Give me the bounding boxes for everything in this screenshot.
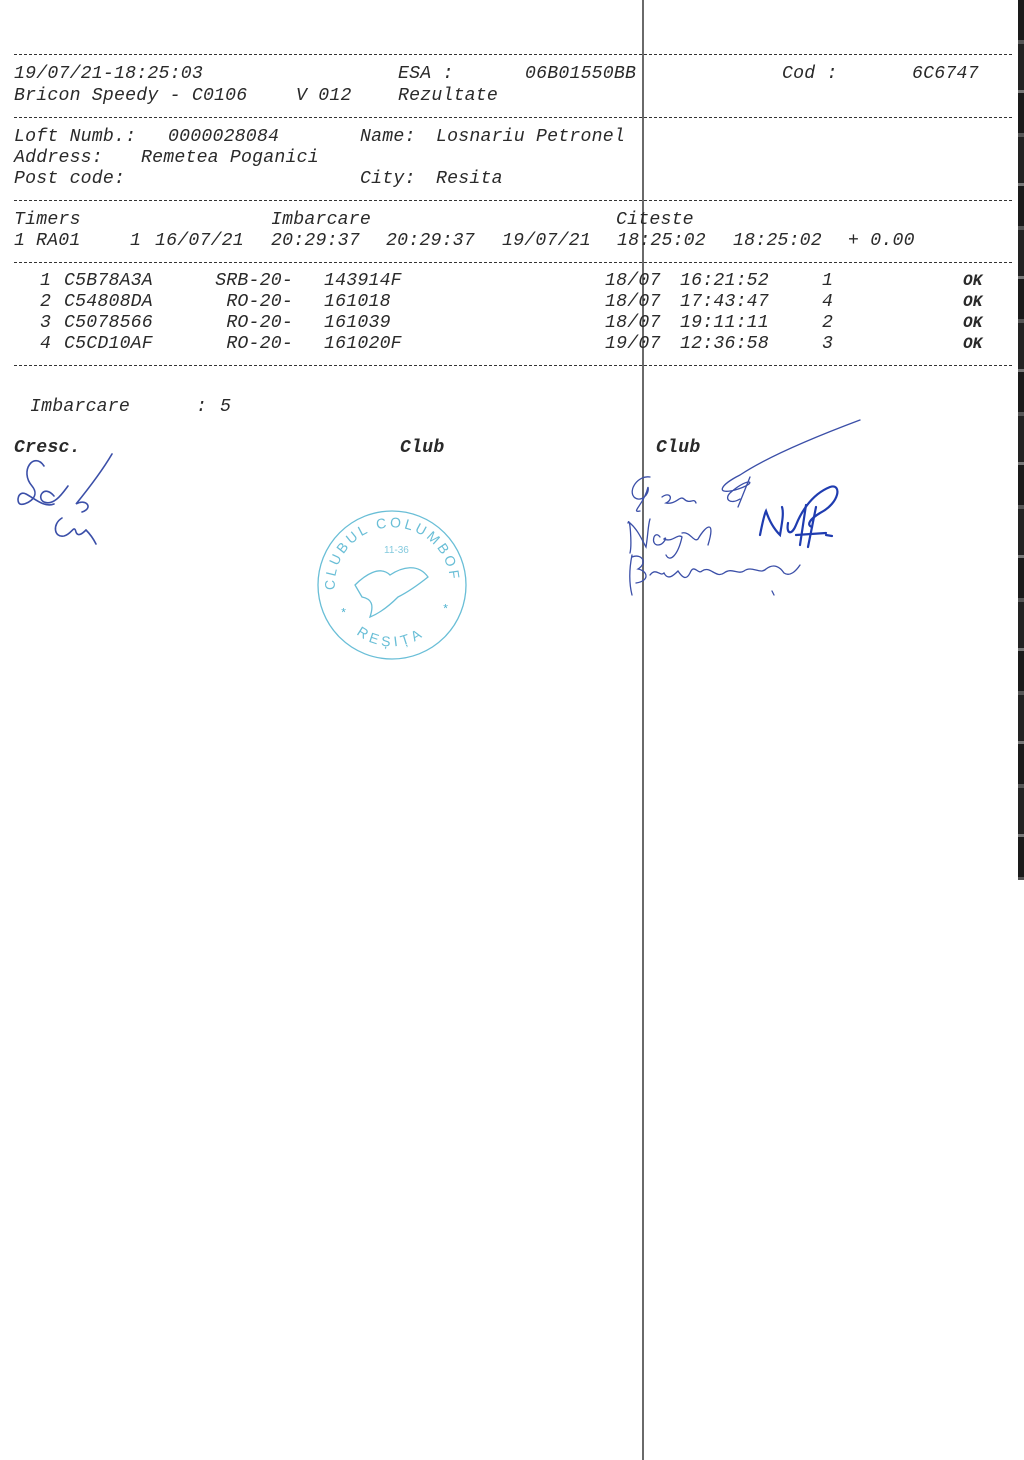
separator xyxy=(14,200,1012,201)
result-index: 1 xyxy=(40,271,51,292)
result-arrival-date: 19/07 xyxy=(605,334,661,355)
result-rank: 1 xyxy=(822,271,833,292)
loft-number: 0000028084 xyxy=(168,127,279,148)
result-arrival-time: 19:11:11 xyxy=(680,313,769,334)
result-status: OK xyxy=(963,334,983,355)
club-signatures xyxy=(620,415,870,605)
club-signature-label-1: Club xyxy=(400,438,444,459)
result-status: OK xyxy=(963,292,983,313)
citeste-header: Citeste xyxy=(616,210,694,231)
name-label: Name: xyxy=(360,127,416,148)
timer-index: 1 xyxy=(14,231,25,252)
result-arrival-date: 18/07 xyxy=(605,313,661,334)
result-chip-id: C5078566 xyxy=(64,313,153,334)
club-stamp: CLUBUL COLUMBOFIL 11-36 REȘIȚA * * xyxy=(310,505,470,665)
clock-offset: + 0.00 xyxy=(848,231,915,252)
timer-count: 1 xyxy=(130,231,141,252)
result-ring-prefix: SRB-20- xyxy=(215,271,293,292)
result-ring-number: 161018 xyxy=(324,292,391,313)
imbarcare-summary-sep: : xyxy=(196,397,207,418)
result-chip-id: C54808DA xyxy=(64,292,153,313)
result-index: 2 xyxy=(40,292,51,313)
imbarcare-time-2: 20:29:37 xyxy=(386,231,475,252)
address-value: Remetea Poganici xyxy=(141,148,319,169)
postcode-label: Post code: xyxy=(14,169,125,190)
result-chip-id: C5B78A3A xyxy=(64,271,153,292)
result-rank: 3 xyxy=(822,334,833,355)
separator xyxy=(14,365,1012,366)
svg-text:REȘIȚA: REȘIȚA xyxy=(354,623,427,650)
result-rank: 2 xyxy=(822,313,833,334)
esa-value: 06B01550BB xyxy=(525,64,636,85)
citeste-time-2: 18:25:02 xyxy=(733,231,822,252)
result-index: 4 xyxy=(40,334,51,355)
cod-value: 6C6747 xyxy=(912,64,979,85)
address-label: Address: xyxy=(14,148,103,169)
result-rank: 4 xyxy=(822,292,833,313)
timer-id: RA01 xyxy=(36,231,80,252)
result-ring-number: 161039 xyxy=(324,313,391,334)
cod-label: Cod : xyxy=(782,64,838,85)
device-name: Bricon Speedy - C0106 xyxy=(14,86,247,107)
timers-header: Timers xyxy=(14,210,81,231)
imbarcare-time-1: 20:29:37 xyxy=(271,231,360,252)
result-arrival-date: 18/07 xyxy=(605,271,661,292)
version: V 012 xyxy=(296,86,352,107)
separator xyxy=(14,117,1012,118)
result-ring-prefix: RO-20- xyxy=(226,313,293,334)
result-ring-prefix: RO-20- xyxy=(226,292,293,313)
separator xyxy=(14,262,1012,263)
result-ring-prefix: RO-20- xyxy=(226,334,293,355)
esa-label: ESA : xyxy=(398,64,454,85)
svg-text:*: * xyxy=(442,603,449,617)
result-chip-id: C5CD10AF xyxy=(64,334,153,355)
result-arrival-time: 16:21:52 xyxy=(680,271,769,292)
separator xyxy=(14,54,1012,55)
city-label: City: xyxy=(360,169,416,190)
result-status: OK xyxy=(963,271,983,292)
result-ring-number: 143914F xyxy=(324,271,402,292)
imbarcare-summary-label: Imbarcare xyxy=(30,397,130,418)
city-value: Resita xyxy=(436,169,503,190)
result-arrival-time: 17:43:47 xyxy=(680,292,769,313)
fancier-name: Losnariu Petronel xyxy=(436,127,625,148)
svg-text:*: * xyxy=(340,607,347,621)
scan-edge xyxy=(1018,0,1024,880)
result-arrival-date: 18/07 xyxy=(605,292,661,313)
result-ring-number: 161020F xyxy=(324,334,402,355)
imbarcare-header: Imbarcare xyxy=(271,210,371,231)
print-datetime: 19/07/21-18:25:03 xyxy=(14,64,203,85)
result-status: OK xyxy=(963,313,983,334)
result-arrival-time: 12:36:58 xyxy=(680,334,769,355)
svg-text:11-36: 11-36 xyxy=(384,545,409,556)
citeste-time-1: 18:25:02 xyxy=(617,231,706,252)
breeder-signature xyxy=(14,446,124,556)
citeste-date: 19/07/21 xyxy=(502,231,591,252)
result-index: 3 xyxy=(40,313,51,334)
loft-label: Loft Numb.: xyxy=(14,127,136,148)
report-title: Rezultate xyxy=(398,86,498,107)
imbarcare-summary-value: 5 xyxy=(220,397,231,418)
result-printout-page: 19/07/21-18:25:03 ESA : 06B01550BB Cod :… xyxy=(0,0,1024,1460)
imbarcare-date: 16/07/21 xyxy=(155,231,244,252)
